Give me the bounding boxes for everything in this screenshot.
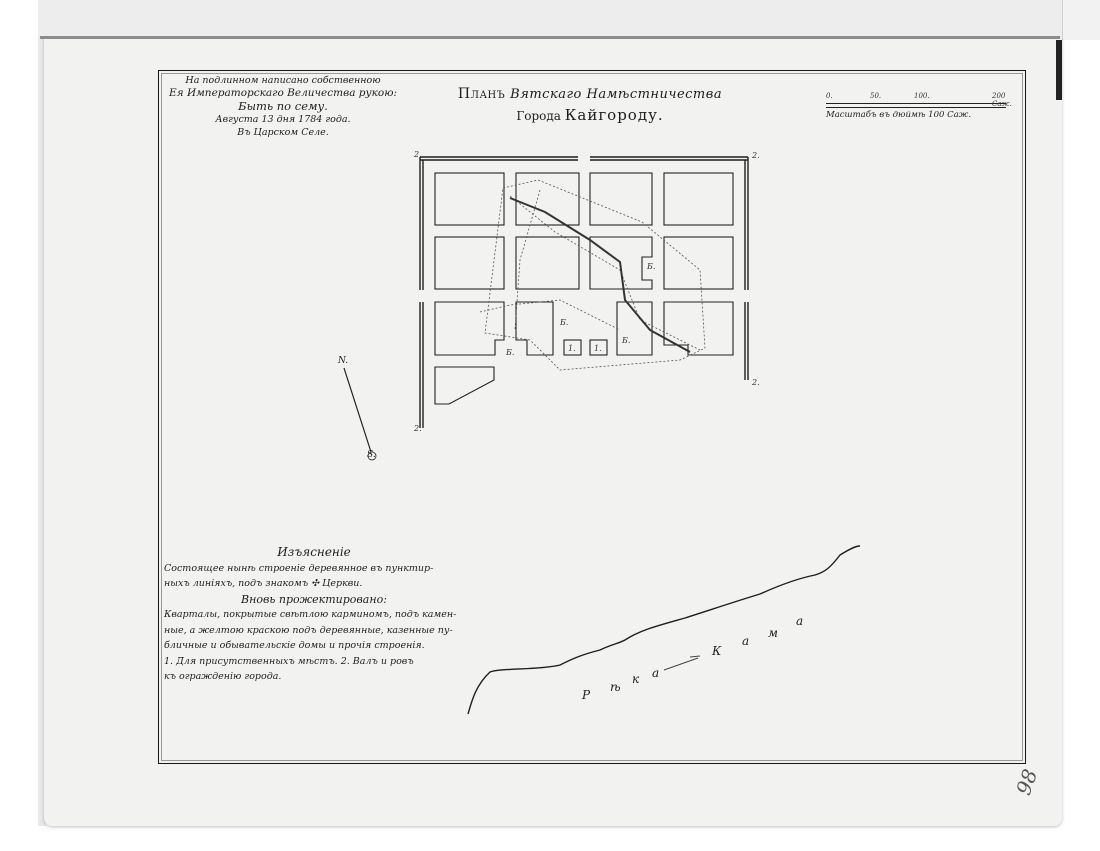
legend-line: ные, а желтою краскою подъ деревянные, к… (164, 623, 464, 639)
rampart-label: 2. (752, 378, 760, 387)
legend-line: 1. Для присутственныхъ мѣстъ. 2. Валъ и … (164, 654, 464, 670)
town-plan-drawing (0, 0, 1100, 851)
block-label: 1. (594, 344, 602, 353)
river-label-letter: а (796, 614, 803, 628)
river-label-letter: Р (582, 688, 590, 702)
rampart-label: 2. (752, 151, 760, 160)
legend-line: Состоящее нынѣ строеніе деревянное въ пу… (164, 561, 464, 577)
river-label-letter: К (712, 644, 721, 658)
compass-south-label: S. (367, 450, 376, 460)
block-label: 1. (568, 344, 576, 353)
legend-line: бличные и обывательскіе домы и прочія ст… (164, 638, 464, 654)
block-label: Б. (622, 336, 630, 345)
river-flow-arrow (664, 656, 700, 670)
legend-explanation: Изъясненіе Состоящее нынѣ строеніе дерев… (164, 545, 464, 685)
road-path (510, 198, 690, 352)
legend-subheading: Вновь прожектировано: (164, 592, 464, 608)
block-label: Б. (506, 348, 514, 357)
legend-line: ныхъ линіяхъ, подъ знакомъ ✣ Церкви. (164, 576, 464, 592)
legend-heading: Изъясненіе (164, 545, 464, 561)
block-label: Б. (560, 318, 568, 327)
rampart-lines (420, 157, 748, 428)
rampart-label: 2. (414, 424, 422, 433)
river-label-letter: а (652, 666, 659, 680)
rampart-label: 2. (414, 150, 422, 159)
compass-needle (344, 368, 376, 460)
compass-north-label: N. (338, 356, 348, 366)
block-label: Б. (647, 262, 655, 271)
river-label-letter: а (742, 634, 749, 648)
legend-line: Кварталы, покрытые свѣтлою карминомъ, по… (164, 607, 464, 623)
river-bank (468, 546, 860, 714)
city-blocks (435, 173, 733, 404)
river-label-letter: ѣ (610, 680, 621, 694)
river-label-letter: к (632, 672, 639, 686)
river-label-letter: м (768, 626, 778, 640)
legend-line: къ огражденію города. (164, 669, 464, 685)
